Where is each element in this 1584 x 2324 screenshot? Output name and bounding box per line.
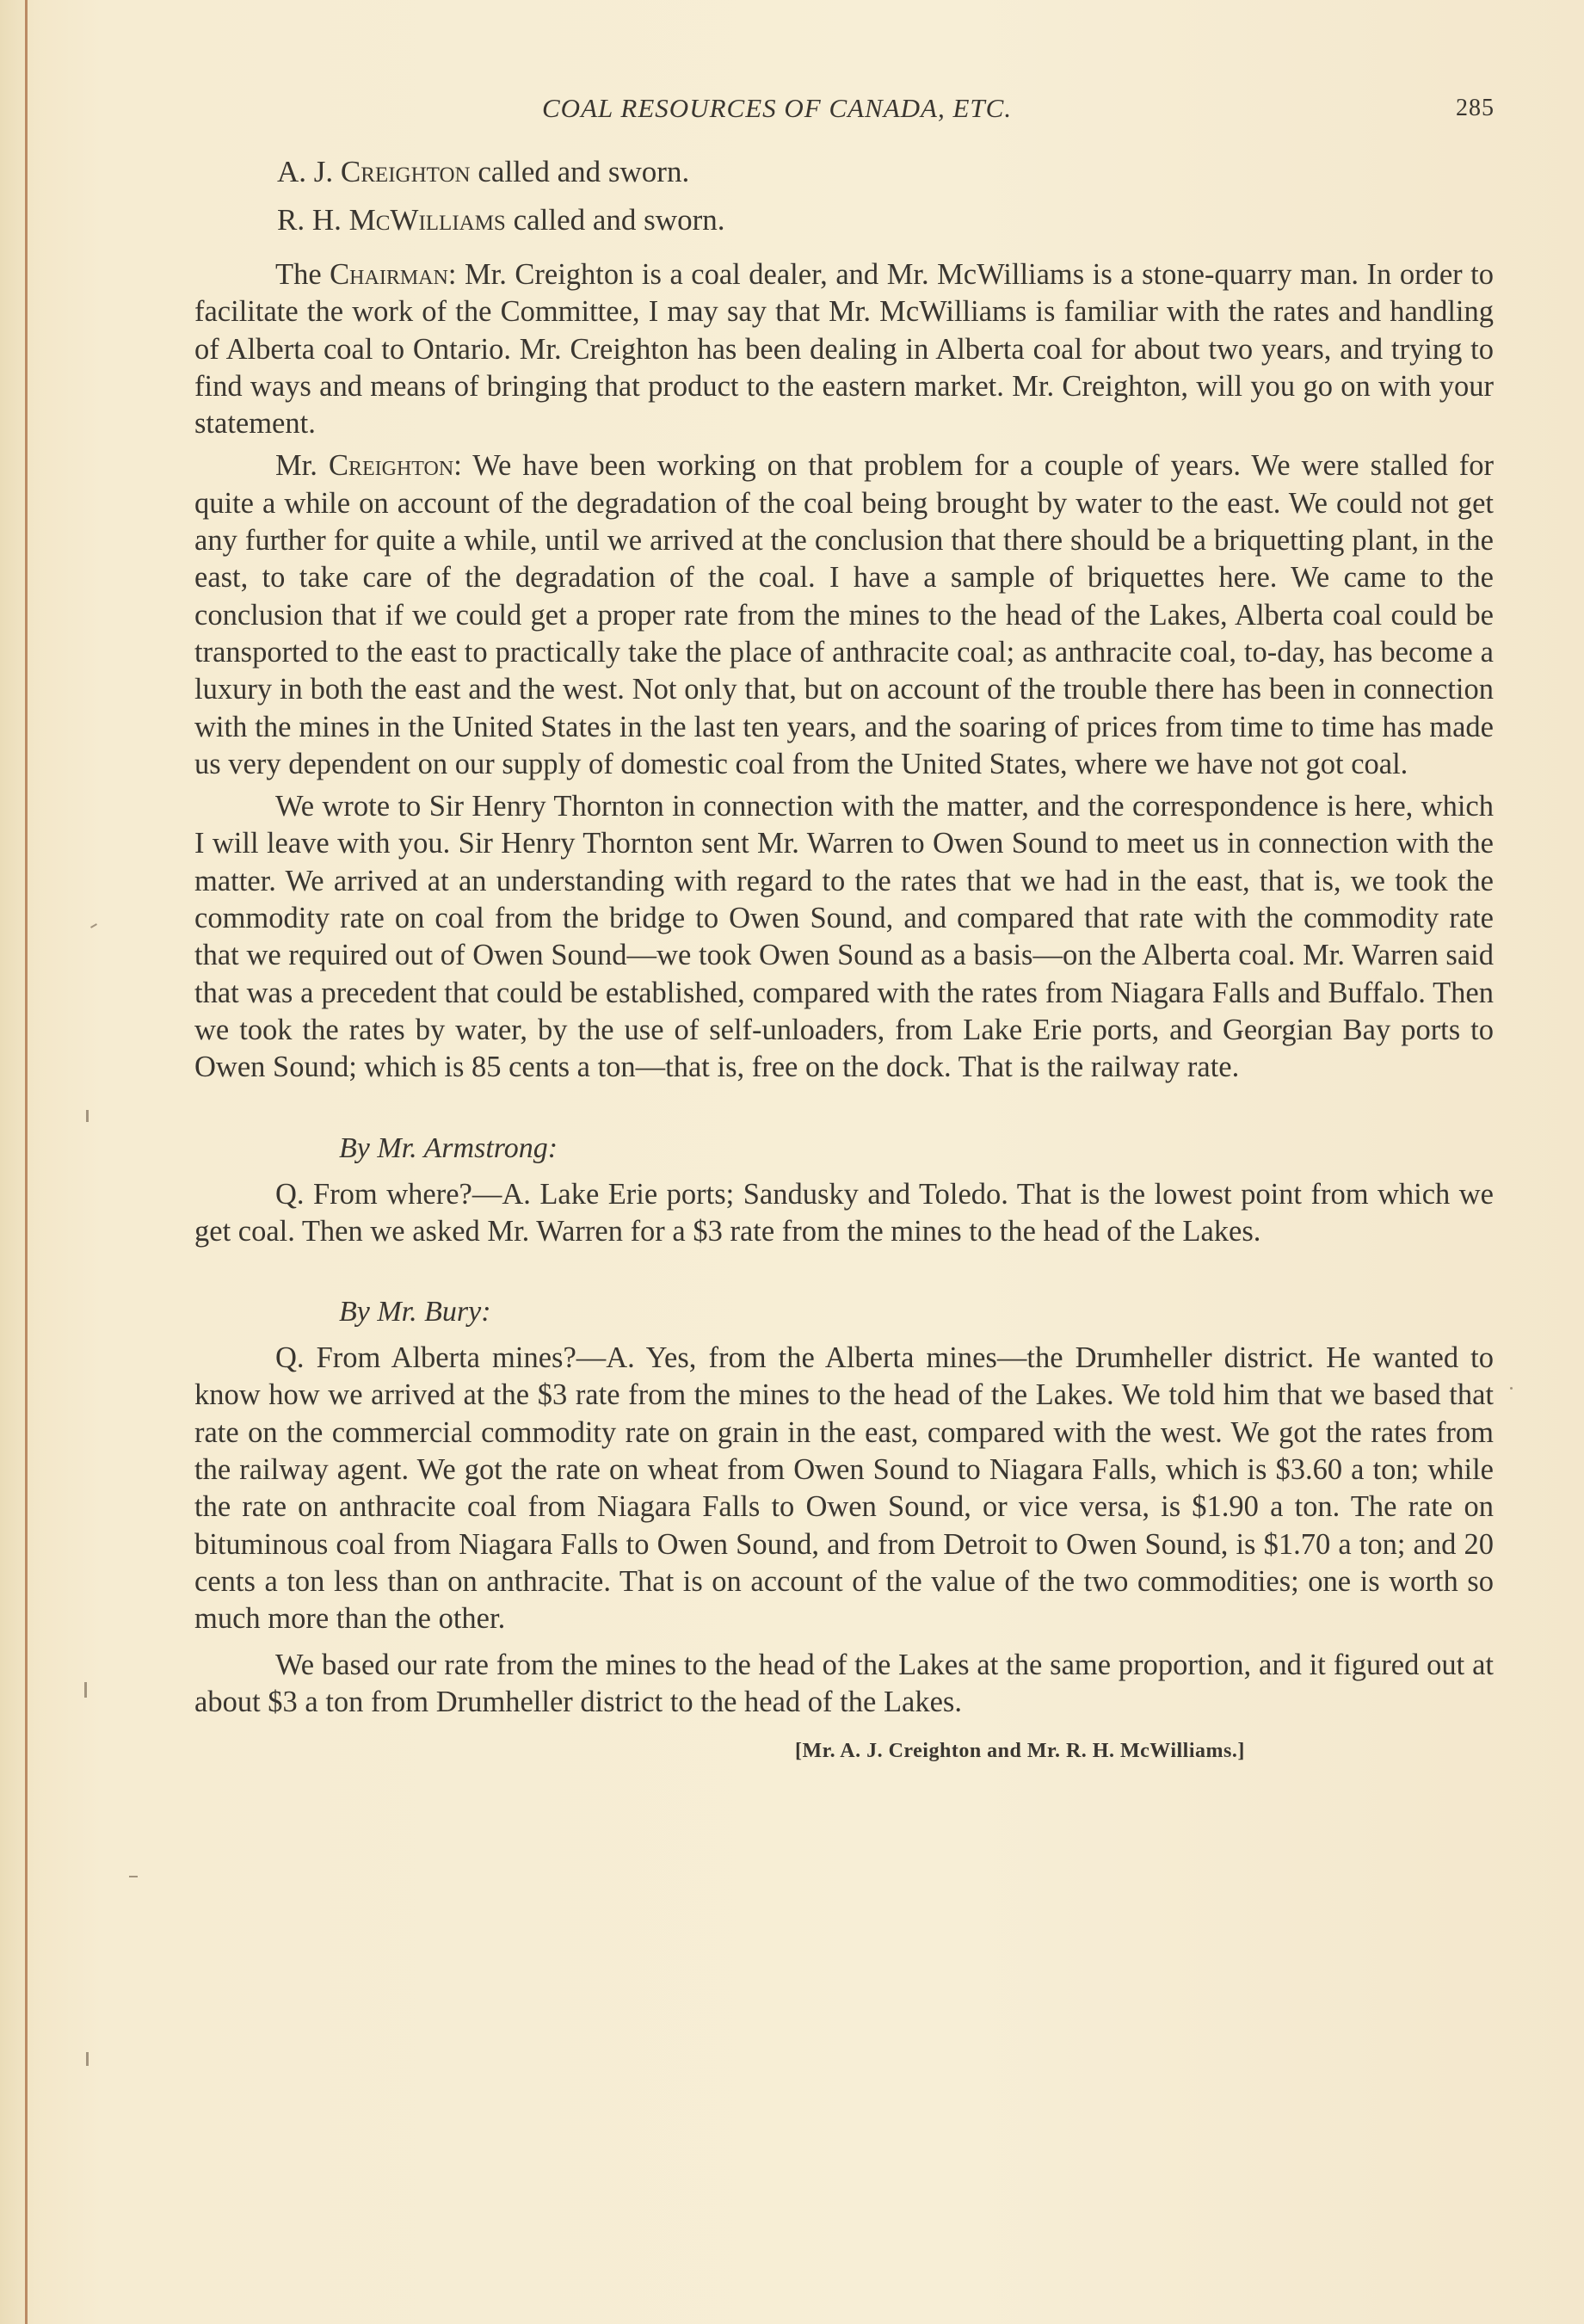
margin-mark: [86, 2052, 89, 2066]
witness-initials: R. H.: [277, 203, 349, 237]
chairman-statement: The Chairman: Mr. Creighton is a coal de…: [194, 256, 1494, 442]
answer-continued: We based our rate from the mines to the …: [194, 1647, 1494, 1722]
running-head: COAL RESOURCES OF CANADA, ETC. 285: [194, 86, 1494, 129]
creighton-statement-continued: We wrote to Sir Henry Thornton in connec…: [194, 788, 1494, 1086]
running-title: COAL RESOURCES OF CANADA, ETC.: [542, 93, 1012, 124]
question-answer: Q. From where?—A. Lake Erie ports; Sandu…: [194, 1176, 1494, 1251]
speaker-prefix: The: [275, 258, 330, 291]
witness-signature: [Mr. A. J. Creighton and Mr. R. H. McWil…: [795, 1740, 1494, 1763]
margin-mark: [86, 1110, 89, 1122]
speaker-colon: :: [448, 258, 457, 291]
witness-sworn-text: called and sworn.: [506, 203, 725, 237]
examiner-heading: By Mr. Armstrong:: [339, 1130, 1494, 1168]
speaker-prefix: Mr.: [275, 449, 329, 482]
margin-mark: [84, 1682, 87, 1698]
witness-initials: A. J.: [277, 155, 341, 188]
margin-mark: [90, 923, 97, 928]
document-page: COAL RESOURCES OF CANADA, ETC. 285 A. J.…: [194, 86, 1494, 1763]
witness-name: Creighton: [341, 155, 471, 188]
margin-mark: [1510, 1387, 1513, 1390]
examiner-heading: By Mr. Bury:: [339, 1293, 1494, 1331]
speaker-colon: :: [453, 449, 462, 482]
statement-text: We have been working on that problem for…: [194, 449, 1494, 780]
page-binding-edge: [25, 0, 28, 2324]
page-number: 285: [1456, 95, 1495, 122]
witness-name: McWilliams: [349, 203, 506, 237]
witness-sworn-text: called and sworn.: [471, 155, 690, 188]
witness-sworn-line: A. J. Creighton called and sworn.: [194, 153, 1494, 191]
speaker-name: Creighton: [329, 449, 453, 482]
question-answer: Q. From Alberta mines?—A. Yes, from the …: [194, 1340, 1494, 1637]
speaker-name: Chairman: [330, 258, 448, 291]
margin-mark: [129, 1876, 138, 1877]
creighton-statement: Mr. Creighton: We have been working on t…: [194, 447, 1494, 783]
witness-sworn-line: R. H. McWilliams called and sworn.: [194, 201, 1494, 239]
